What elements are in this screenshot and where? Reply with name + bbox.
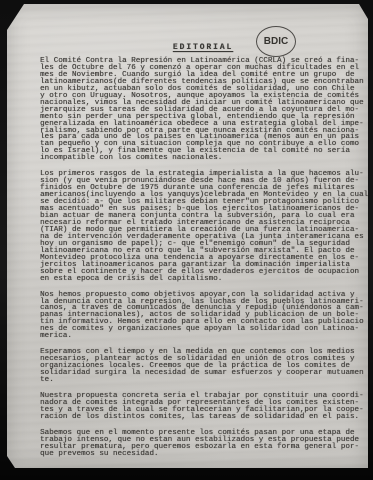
paragraph: Sabemos que en el momento presente los c… xyxy=(40,430,370,458)
bdic-stamp: BDIC xyxy=(256,26,296,57)
document-title: EDITORIAL xyxy=(40,43,366,52)
paragraph: Esperamos con el tiempo y en la medida e… xyxy=(40,349,370,384)
paragraph: Los primeros rasgos de la estrategia imp… xyxy=(40,171,370,282)
document-body: El Comité Contra la Represión en Latinoa… xyxy=(40,58,370,467)
scanned-page: BDIC EDITORIAL El Comité Contra la Repre… xyxy=(0,0,373,480)
paragraph: Nuestra propuesta concreta seria el trab… xyxy=(40,393,370,421)
paragraph: El Comité Contra la Represión en Latinoa… xyxy=(40,58,370,162)
paragraph: Nos hemos propuesto como objetivos apoya… xyxy=(40,292,370,341)
